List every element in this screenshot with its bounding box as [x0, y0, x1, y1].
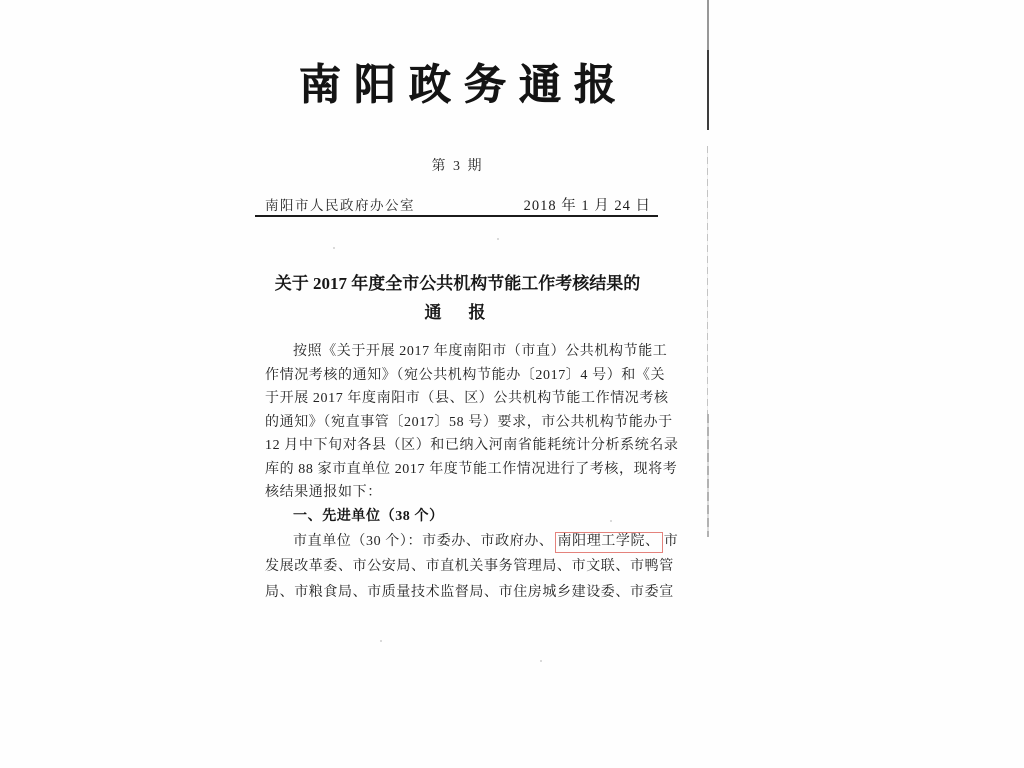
body-line: 发展改革委、市公安局、市直机关事务管理局、市文联、市鸭管	[265, 554, 657, 580]
noise-speck	[380, 640, 382, 642]
scan-edge-line-top	[707, 0, 709, 50]
body-line: 核结果通报如下：	[265, 481, 657, 505]
noise-speck	[540, 660, 542, 662]
doc-title-line1: 关于 2017 年度全市公共机构节能工作考核结果的	[255, 269, 660, 298]
body-line: 市直单位（30 个）：市委办、市政府办、南阳理工学院、市	[265, 529, 657, 555]
noise-speck	[333, 247, 335, 249]
issue-number: 第 3 期	[255, 155, 660, 175]
body-line: 库的 88 家市直单位 2017 年度节能工作情况进行了考核，现将考	[265, 458, 657, 482]
scanned-bulletin-page: 南阳政务通报 第 3 期 南阳市人民政府办公室 2018 年 1 月 24 日 …	[0, 0, 1024, 768]
noise-speck	[292, 445, 294, 447]
text-segment: 市直单位（30 个）：市委办、市政府办、	[293, 534, 554, 549]
body-line: 于开展 2017 年度南阳市（县、区）公共机构节能工作情况考核	[265, 387, 657, 411]
publisher-row: 南阳市人民政府办公室 2018 年 1 月 24 日	[265, 194, 651, 215]
body-line: 局、市粮食局、市质量技术监督局、市住房城乡建设委、市委宣	[265, 580, 657, 606]
body-line: 一、先进单位（38 个）	[265, 505, 657, 529]
noise-speck	[497, 238, 499, 240]
text-segment: 核结果通报如下：	[265, 485, 382, 500]
publish-date: 2018 年 1 月 24 日	[524, 194, 651, 215]
text-segment: 于开展 2017 年度南阳市（县、区）公共机构节能工作情况考核	[265, 391, 669, 406]
doc-title: 关于 2017 年度全市公共机构节能工作考核结果的 通 报	[255, 269, 660, 327]
highlight-box: 南阳理工学院、	[555, 532, 663, 553]
document-body: 按照《关于开展 2017 年度南阳市（市直）公共机构节能工作情况考核的通知》（宛…	[265, 340, 657, 605]
scan-edge-line-dark	[707, 50, 709, 130]
text-segment: 的通知》（宛直事管〔2017〕58 号）要求，市公共机构节能办于	[265, 415, 673, 430]
text-segment: 12 月中下旬对各县（区）和已纳入河南省能耗统计分析系统名录	[265, 438, 679, 453]
publisher-name: 南阳市人民政府办公室	[265, 194, 415, 214]
doc-title-line2: 通 报	[255, 298, 660, 327]
text-segment: 作情况考核的通知》（宛公共机构节能办〔2017〕4 号）和《关	[265, 368, 665, 383]
text-segment: 按照《关于开展 2017 年度南阳市（市直）公共机构节能工	[293, 344, 667, 359]
scan-edge-line-faint	[707, 146, 708, 414]
text-segment: 发展改革委、市公安局、市直机关事务管理局、市文联、市鸭管	[265, 559, 674, 574]
masthead-title: 南阳政务通报	[255, 60, 660, 112]
body-line: 12 月中下旬对各县（区）和已纳入河南省能耗统计分析系统名录	[265, 434, 657, 458]
body-line: 的通知》（宛直事管〔2017〕58 号）要求，市公共机构节能办于	[265, 411, 657, 435]
text-segment: 库的 88 家市直单位 2017 年度节能工作情况进行了考核，现将考	[265, 462, 677, 477]
text-segment: 市	[664, 534, 679, 549]
body-line: 按照《关于开展 2017 年度南阳市（市直）公共机构节能工	[265, 340, 657, 364]
header-rule	[255, 215, 658, 217]
scan-edge-line-lower	[707, 414, 709, 537]
body-line: 作情况考核的通知》（宛公共机构节能办〔2017〕4 号）和《关	[265, 364, 657, 388]
text-segment: 局、市粮食局、市质量技术监督局、市住房城乡建设委、市委宣	[265, 585, 674, 600]
noise-speck	[610, 520, 612, 522]
text-segment: 一、先进单位（38 个）	[293, 509, 444, 524]
